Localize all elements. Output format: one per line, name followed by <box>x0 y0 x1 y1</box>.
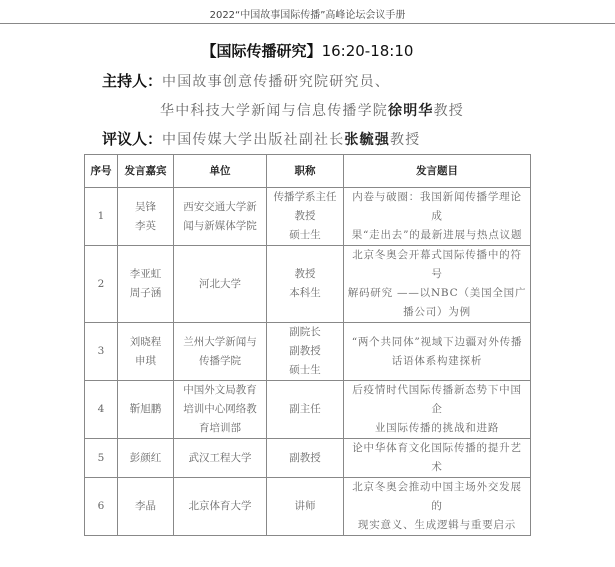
topic-line: 果“走出去”的最新进展与热点议题 <box>347 226 527 245</box>
speaker-name: 靳旭鹏 <box>121 400 170 419</box>
host-line-2: 华中科技大学新闻与信息传播学院徐明华教授 <box>160 100 464 120</box>
unit-line: 北京体育大学 <box>177 497 263 516</box>
title-line: 讲师 <box>270 497 340 516</box>
row-unit: 西安交通大学新闻与新媒体学院 <box>174 188 267 246</box>
title-line: 教授 <box>270 207 340 226</box>
row-titles: 副院长副教授硕士生 <box>267 323 344 381</box>
table-row: 5 彭颜红 武汉工程大学 副教授 论中华体育文化国际传播的提升艺术 <box>85 439 531 478</box>
row-no: 1 <box>85 188 118 246</box>
topic-line: 业国际传播的挑战和进路 <box>347 419 527 438</box>
title-line: 硕士生 <box>270 226 340 245</box>
host-label: 主持人： <box>102 72 162 90</box>
speaker-name: 李英 <box>121 217 170 236</box>
unit-line: 河北大学 <box>177 275 263 294</box>
table-row: 1 吴锋李英 西安交通大学新闻与新媒体学院 传播学系主任教授硕士生 内卷与破圈：… <box>85 188 531 246</box>
row-unit: 北京体育大学 <box>174 478 267 536</box>
row-topic: 内卷与破圈：我国新闻传播学理论成果“走出去”的最新进展与热点议题 <box>344 188 531 246</box>
title-line: 副教授 <box>270 342 340 361</box>
speaker-name: 吴锋 <box>121 198 170 217</box>
speaker-name: 周子涵 <box>121 284 170 303</box>
reviewer-affiliation: 中国传媒大学出版社副社长 <box>162 132 344 148</box>
topic-line: 解码研究 ——以NBC（美国全国广 <box>347 284 527 303</box>
row-speakers: 刘晓程申琪 <box>118 323 174 381</box>
session-heading: 【国际传播研究】16:20-18:10 <box>0 40 615 61</box>
row-no: 6 <box>85 478 118 536</box>
col-header-topic: 发言题目 <box>344 155 531 188</box>
unit-line: 闻与新媒体学院 <box>177 217 263 236</box>
row-titles: 副主任 <box>267 381 344 439</box>
reviewer-label: 评议人： <box>102 130 162 148</box>
row-topic: 北京冬奥会开幕式国际传播中的符号解码研究 ——以NBC（美国全国广播公司）为例 <box>344 246 531 323</box>
unit-line: 武汉工程大学 <box>177 449 263 468</box>
table-row: 3 刘晓程申琪 兰州大学新闻与传播学院 副院长副教授硕士生 “两个共同体”视域下… <box>85 323 531 381</box>
header-divider <box>0 23 615 24</box>
row-speakers: 李亚虹周子涵 <box>118 246 174 323</box>
row-unit: 兰州大学新闻与传播学院 <box>174 323 267 381</box>
row-speakers: 靳旭鹏 <box>118 381 174 439</box>
row-unit: 武汉工程大学 <box>174 439 267 478</box>
unit-line: 兰州大学新闻与 <box>177 333 263 352</box>
host-affiliation-2: 华中科技大学新闻与信息传播学院 <box>160 103 388 119</box>
speaker-name: 彭颜红 <box>121 449 170 468</box>
title-line: 教授 <box>270 265 340 284</box>
col-header-no: 序号 <box>85 155 118 188</box>
host-title: 教授 <box>434 103 464 119</box>
topic-line: 北京冬奥会开幕式国际传播中的符号 <box>347 246 527 284</box>
row-no: 3 <box>85 323 118 381</box>
unit-line: 西安交通大学新 <box>177 198 263 217</box>
row-unit: 中国外文局教育培训中心网络教育培训部 <box>174 381 267 439</box>
topic-line: 播公司）为例 <box>347 303 527 322</box>
row-titles: 教授本科生 <box>267 246 344 323</box>
topic-line: 后疫情时代国际传播新态势下中国企 <box>347 381 527 419</box>
topic-line: 北京冬奥会推动中国主场外交发展的 <box>347 478 527 516</box>
unit-line: 传播学院 <box>177 352 263 371</box>
table-header-row: 序号 发言嘉宾 单位 职称 发言题目 <box>85 155 531 188</box>
title-line: 副院长 <box>270 323 340 342</box>
title-line: 副主任 <box>270 400 340 419</box>
row-no: 2 <box>85 246 118 323</box>
unit-line: 育培训部 <box>177 419 263 438</box>
topic-line: “两个共同体”视域下边疆对外传播 <box>347 333 527 352</box>
reviewer-title: 教授 <box>390 132 420 148</box>
row-topic: “两个共同体”视域下边疆对外传播话语体系构建探析 <box>344 323 531 381</box>
topic-line: 内卷与破圈：我国新闻传播学理论成 <box>347 188 527 226</box>
speaker-table: 序号 发言嘉宾 单位 职称 发言题目 1 吴锋李英 西安交通大学新闻与新媒体学院… <box>84 154 531 536</box>
title-line: 本科生 <box>270 284 340 303</box>
row-no: 5 <box>85 439 118 478</box>
row-titles: 讲师 <box>267 478 344 536</box>
unit-line: 中国外文局教育 <box>177 381 263 400</box>
row-topic: 北京冬奥会推动中国主场外交发展的现实意义、生成逻辑与重要启示 <box>344 478 531 536</box>
row-topic: 论中华体育文化国际传播的提升艺术 <box>344 439 531 478</box>
topic-line: 现实意义、生成逻辑与重要启示 <box>347 516 527 535</box>
host-line-1: 主持人：中国故事创意传播研究院研究员、 <box>102 70 390 91</box>
row-speakers: 彭颜红 <box>118 439 174 478</box>
col-header-title: 职称 <box>267 155 344 188</box>
speaker-name: 申琪 <box>121 352 170 371</box>
host-affiliation-1: 中国故事创意传播研究院研究员、 <box>162 74 390 90</box>
table-row: 6 李晶 北京体育大学 讲师 北京冬奥会推动中国主场外交发展的现实意义、生成逻辑… <box>85 478 531 536</box>
host-name: 徐明华 <box>388 103 434 119</box>
col-header-speaker: 发言嘉宾 <box>118 155 174 188</box>
row-titles: 传播学系主任教授硕士生 <box>267 188 344 246</box>
row-speakers: 李晶 <box>118 478 174 536</box>
row-titles: 副教授 <box>267 439 344 478</box>
row-unit: 河北大学 <box>174 246 267 323</box>
session-time: 16:20-18:10 <box>322 42 414 60</box>
title-line: 硕士生 <box>270 361 340 380</box>
reviewer-name: 张毓强 <box>344 132 390 148</box>
row-topic: 后疫情时代国际传播新态势下中国企业国际传播的挑战和进路 <box>344 381 531 439</box>
title-line: 传播学系主任 <box>270 188 340 207</box>
document-header: 2022“中国故事国际传播”高峰论坛会议手册 <box>0 6 615 21</box>
table-row: 4 靳旭鹏 中国外文局教育培训中心网络教育培训部 副主任 后疫情时代国际传播新态… <box>85 381 531 439</box>
reviewer-line: 评议人：中国传媒大学出版社副社长张毓强教授 <box>102 128 420 149</box>
unit-line: 培训中心网络教 <box>177 400 263 419</box>
col-header-unit: 单位 <box>174 155 267 188</box>
topic-line: 话语体系构建探析 <box>347 352 527 371</box>
table-row: 2 李亚虹周子涵 河北大学 教授本科生 北京冬奥会开幕式国际传播中的符号解码研究… <box>85 246 531 323</box>
speaker-name: 李亚虹 <box>121 265 170 284</box>
speaker-name: 李晶 <box>121 497 170 516</box>
topic-line: 论中华体育文化国际传播的提升艺术 <box>347 439 527 477</box>
title-line: 副教授 <box>270 449 340 468</box>
session-title: 【国际传播研究】 <box>202 42 322 60</box>
row-no: 4 <box>85 381 118 439</box>
row-speakers: 吴锋李英 <box>118 188 174 246</box>
speaker-name: 刘晓程 <box>121 333 170 352</box>
